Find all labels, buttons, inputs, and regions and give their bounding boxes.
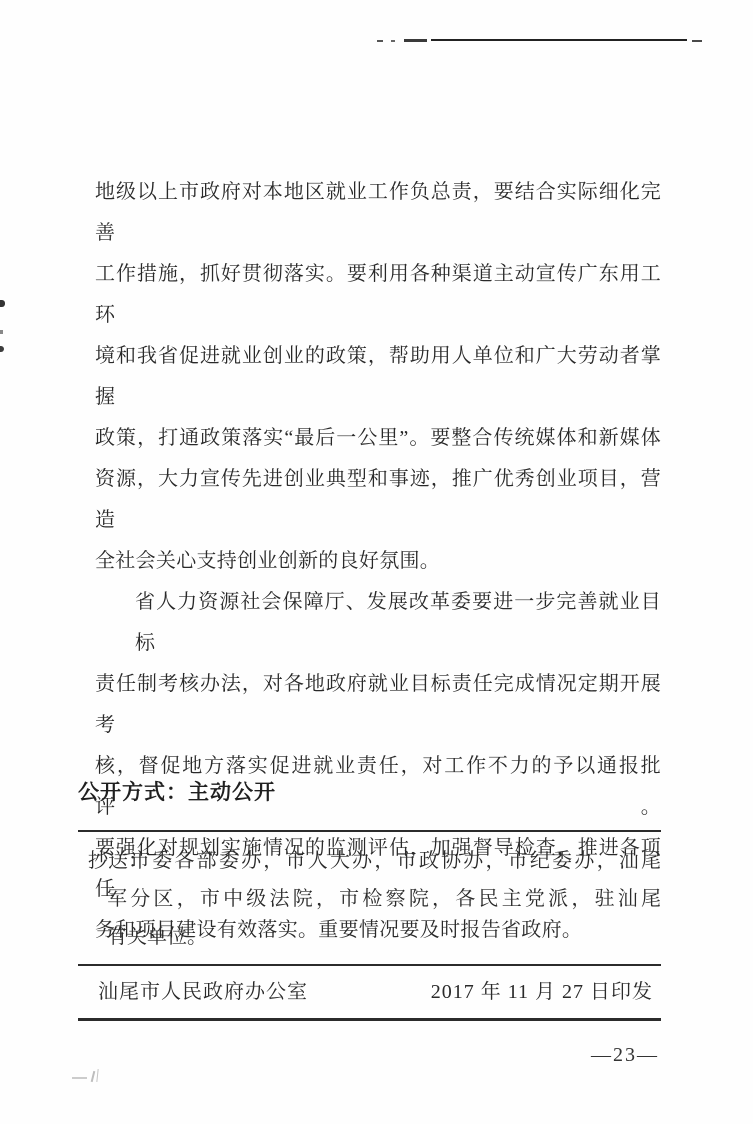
scan-artifact-dash <box>391 40 395 42</box>
scan-artifact-dash <box>692 40 702 42</box>
publicity-method: 公开方式：主动公开 <box>78 776 276 806</box>
publicity-value: 主动公开 <box>188 781 276 804</box>
issuer-row: 汕尾市人民政府办公室 2017 年 11 月 27 日印发 <box>78 966 661 1012</box>
body-line: 境和我省促进就业创业的政策，帮助用人单位和广大劳动者掌握 <box>95 336 661 418</box>
cc-list: 市委各部委办，市人大办，市政协办，市纪委办，汕尾 军分区，市中级法院，市检察院，… <box>107 842 661 956</box>
scan-artifact-pencil-mark <box>96 1069 98 1082</box>
print-date: 2017 年 11 月 27 日印发 <box>431 975 653 1004</box>
cc-line: 军分区，市中级法院，市检察院，各民主党派，驻汕尾 <box>107 880 661 918</box>
issuer-name: 汕尾市人民政府办公室 <box>98 975 308 1004</box>
body-line: 责任制考核办法，对各地政府就业目标责任完成情况定期开展考 <box>95 664 661 746</box>
publicity-label: 公开方式： <box>78 781 188 804</box>
scan-artifact-line <box>431 39 687 41</box>
body-line paragraph-start: 省人力资源社会保障厅、发展改革委要进一步完善就业目标 <box>95 582 661 664</box>
body-line: 工作措施，抓好贯彻落实。要利用各种渠道主动宣传广东用工环 <box>95 254 661 336</box>
body-line paragraph-end: 全社会关心支持创业创新的良好氛围。 <box>95 541 661 582</box>
body-line: 地级以上市政府对本地区就业工作负总责，要结合实际细化完善 <box>95 172 661 254</box>
page-number: —23— <box>591 1044 659 1067</box>
scan-artifact-speck <box>0 330 3 334</box>
distribution-table: 抄送： 市委各部委办，市人大办，市政协办，市纪委办，汕尾 军分区，市中级法院，市… <box>78 830 661 1021</box>
scan-artifact-pencil-mark <box>72 1077 87 1079</box>
divider-line-bottom <box>78 1018 661 1021</box>
cc-label: 抄送： <box>88 844 148 873</box>
scan-artifact-dash <box>377 40 383 42</box>
body-line: 资源，大力宣传先进创业典型和事迹，推广优秀创业项目，营造 <box>95 459 661 541</box>
document-page: 地级以上市政府对本地区就业工作负总责，要结合实际细化完善 工作措施，抓好贯彻落实… <box>0 0 753 1124</box>
scan-artifact-speck <box>0 300 5 307</box>
body-line: 政策，打通政策落实“最后一公里”。要整合传统媒体和新媒体 <box>95 418 661 459</box>
cc-line: 市委各部委办，市人大办，市政协办，市纪委办，汕尾 <box>130 842 661 880</box>
cc-row: 抄送： 市委各部委办，市人大办，市政协办，市纪委办，汕尾 军分区，市中级法院，市… <box>78 832 661 956</box>
cc-line: 有关单位。 <box>107 918 661 956</box>
scan-artifact-pencil-mark <box>91 1071 96 1082</box>
scan-artifact-dash <box>404 39 427 42</box>
scan-artifact-speck <box>0 346 4 352</box>
